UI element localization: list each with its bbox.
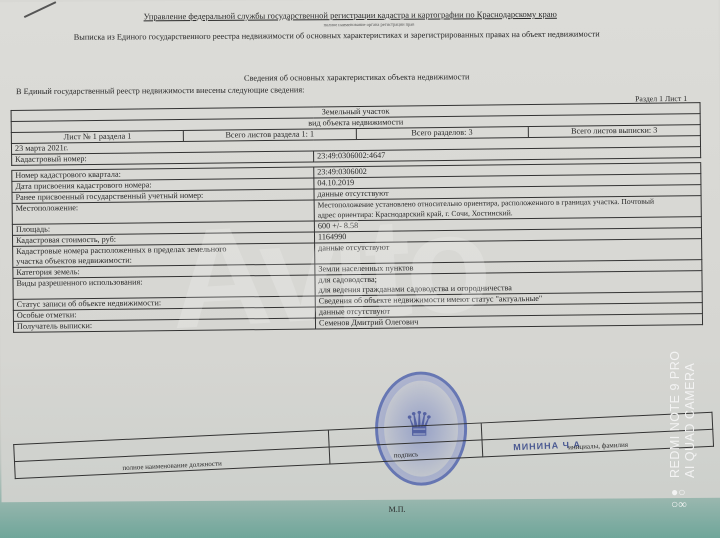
sheet-number: Лист № 1 раздела 1 <box>12 131 184 143</box>
authority-name: Управление федеральной службы государств… <box>144 9 557 22</box>
camera-model: REDMI NOTE 9 PRO <box>668 351 683 478</box>
document-page: Управление федеральной службы государств… <box>0 0 720 502</box>
authority-caption: полное наименование органа регистрации п… <box>324 22 415 28</box>
property-table: Земельный участок вид объекта недвижимос… <box>11 102 703 333</box>
seal-mark: М.П. <box>389 505 406 514</box>
camera-logo-icon: ●○○∞ <box>671 486 701 512</box>
camera-label: AI QUAD CAMERA <box>683 351 698 478</box>
section-intro: В Единый государственный реестр недвижим… <box>16 85 304 96</box>
section-title: Сведения об основных характеристиках объ… <box>244 72 470 82</box>
pen-mark <box>24 1 62 30</box>
signature-block: полное наименование должности подпись ин… <box>13 412 715 504</box>
total-sheets: Всего листов выписки: 3 <box>529 125 700 137</box>
total-sheets-section: Всего листов раздела 1: 1 <box>184 129 356 141</box>
total-sections: Всего разделов: 3 <box>356 127 528 139</box>
camera-watermark: REDMI NOTE 9 PRO AI QUAD CAMERA ●○○∞ <box>668 358 708 508</box>
document-title: Выписка из Единого государственного реес… <box>74 30 600 42</box>
